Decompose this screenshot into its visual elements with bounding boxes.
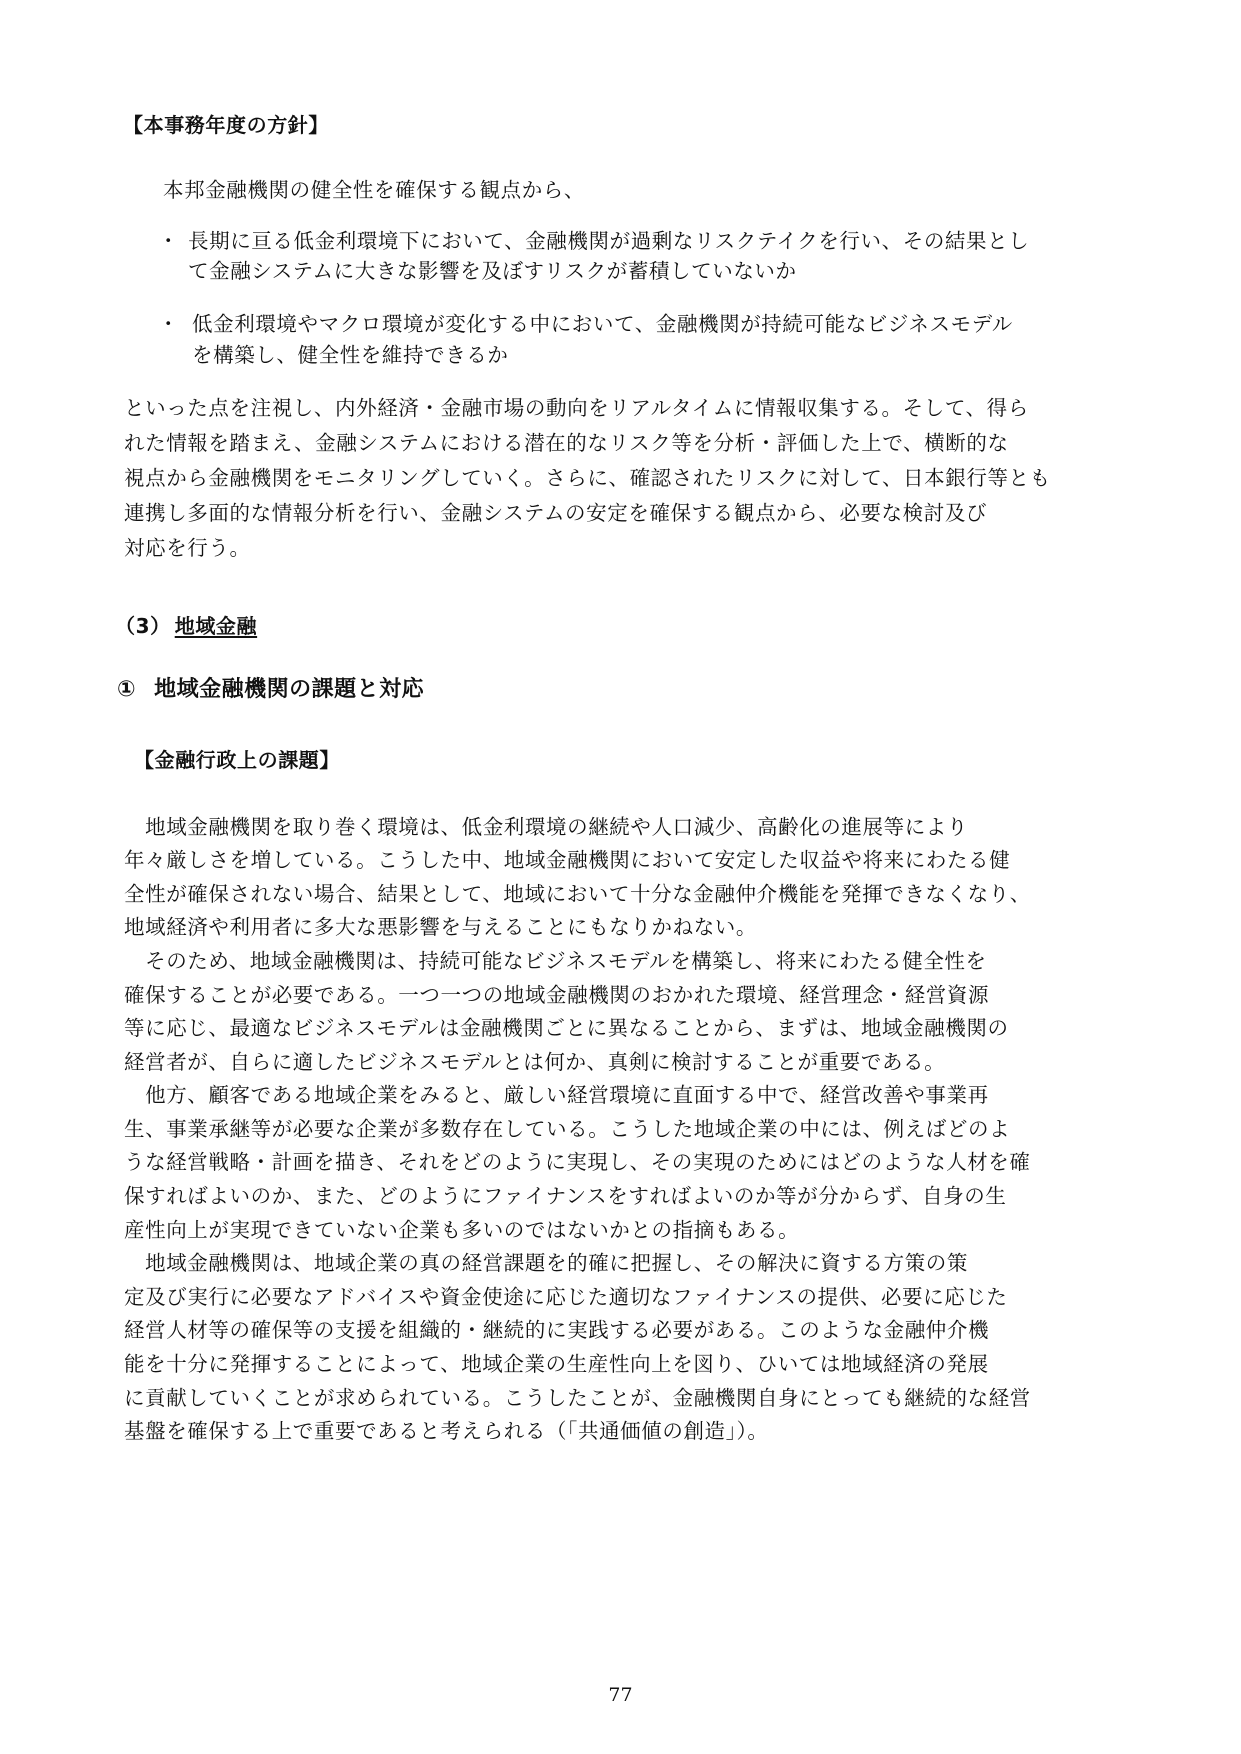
body-line: 経営者が、自らに適したビジネスモデルとは何か、真剣に検討することが重要である。 bbox=[124, 1050, 945, 1074]
subsection-heading: ①地域金融機関の課題と対応 bbox=[117, 678, 424, 702]
body-line: に貢献していくことが求められている。こうしたことが、金融機関自身にとっても継続的… bbox=[124, 1386, 1031, 1410]
subsection-number: ① bbox=[117, 677, 136, 702]
document-page: 【本事務年度の方針】 本邦金融機関の健全性を確保する観点から、 ・ 長期に亘る低… bbox=[0, 0, 1241, 1754]
body-line: 他方、顧客である地域企業をみると、厳しい経営環境に直面する中で、経営改善や事業再 bbox=[124, 1083, 989, 1107]
policy-heading: 【本事務年度の方針】 bbox=[123, 113, 329, 137]
paragraph-line: といった点を注視し、内外経済・金融市場の動向をリアルタイムに情報収集する。そして… bbox=[124, 396, 1029, 420]
section-heading: （3）地域金融 bbox=[115, 614, 257, 638]
bullet-line: を構築し、健全性を維持できるか bbox=[192, 343, 509, 367]
paragraph-line: 対応を行う。 bbox=[124, 536, 251, 560]
body-line: 産性向上が実現できていない企業も多いのではないかとの指摘もある。 bbox=[124, 1218, 799, 1242]
policy-intro: 本邦金融機関の健全性を確保する観点から、 bbox=[163, 178, 585, 202]
body-line: 地域金融機関は、地域企業の真の経営課題を的確に把握し、その解決に資する方策の策 bbox=[124, 1251, 968, 1275]
body-line: 地域金融機関を取り巻く環境は、低金利環境の継続や人口減少、高齢化の進展等により bbox=[124, 815, 968, 839]
body-line: 定及び実行に必要なアドバイスや資金使途に応じた適切なファイナンスの提供、必要に応… bbox=[124, 1285, 1008, 1309]
bullet-line: 長期に亘る低金利環境下において、金融機関が過剰なリスクテイクを行い、その結果とし bbox=[188, 229, 1029, 253]
paragraph-line: れた情報を踏まえ、金融システムにおける潜在的なリスク等を分析・評価した上で、横断… bbox=[124, 431, 1009, 455]
page-number: 77 bbox=[0, 1684, 1241, 1706]
bullet-line: て金融システムに大きな影響を及ぼすリスクが蓄積していないか bbox=[188, 259, 797, 283]
section-number: （3） bbox=[115, 614, 171, 638]
body-line: うな経営戦略・計画を描き、それをどのように実現し、その実現のためにはどのような人… bbox=[124, 1150, 1030, 1174]
body-line: 全性が確保されない場合、結果として、地域において十分な金融仲介機能を発揮できなく… bbox=[124, 882, 1031, 906]
section-title: 地域金融 bbox=[175, 614, 257, 638]
body-line: 確保することが必要である。一つ一つの地域金融機関のおかれた環境、経営理念・経営資… bbox=[124, 983, 989, 1007]
bullet-marker: ・ bbox=[158, 229, 179, 253]
issues-heading: 【金融行政上の課題】 bbox=[134, 748, 340, 772]
body-line: 経営人材等の確保等の支援を組織的・継続的に実践する必要がある。このような金融仲介… bbox=[124, 1318, 989, 1342]
body-line: 地域経済や利用者に多大な悪影響を与えることにもなりかねない。 bbox=[124, 915, 757, 939]
subsection-title: 地域金融機関の課題と対応 bbox=[154, 677, 424, 702]
paragraph-line: 視点から金融機関をモニタリングしていく。さらに、確認されたリスクに対して、日本銀… bbox=[124, 466, 1051, 490]
body-line: そのため、地域金融機関は、持続可能なビジネスモデルを構築し、将来にわたる健全性を bbox=[124, 949, 987, 973]
paragraph-line: 連携し多面的な情報分析を行い、金融システムの安定を確保する観点から、必要な検討及… bbox=[124, 501, 987, 525]
bullet-line: 低金利環境やマクロ環境が変化する中において、金融機関が持続可能なビジネスモデル bbox=[192, 312, 1013, 336]
body-line: 生、事業承継等が必要な企業が多数存在している。こうした地域企業の中には、例えばど… bbox=[124, 1117, 1010, 1141]
body-line: 年々厳しさを増している。こうした中、地域金融機関において安定した収益や将来にわた… bbox=[124, 848, 1010, 872]
body-line: 基盤を確保する上で重要であると考えられる（「共通価値の創造」）。 bbox=[124, 1419, 768, 1443]
bullet-marker: ・ bbox=[158, 312, 179, 336]
body-line: 能を十分に発揮することによって、地域企業の生産性向上を図り、ひいては地域経済の発… bbox=[124, 1352, 989, 1376]
body-line: 等に応じ、最適なビジネスモデルは金融機関ごとに異なることから、まずは、地域金融機… bbox=[124, 1016, 1009, 1040]
body-line: 保すればよいのか、また、どのようにファイナンスをすればよいのか等が分からず、自身… bbox=[124, 1184, 1007, 1208]
